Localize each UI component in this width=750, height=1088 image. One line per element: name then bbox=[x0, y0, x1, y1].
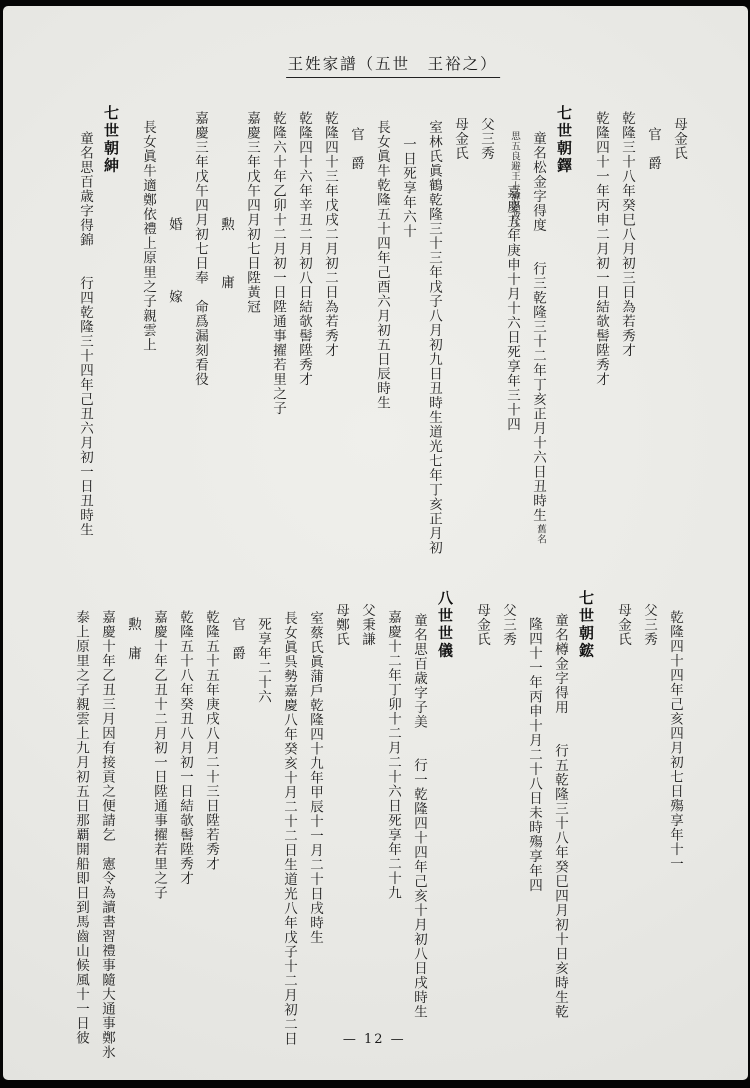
column-text: 乾隆四十三年戊戌二月初二日為若秀才 bbox=[322, 111, 338, 358]
genealogy-text-column: 死享年二十六 bbox=[255, 587, 270, 1027]
genealogy-text-column: 乾隆五十五年庚戌八月二十三日陞若秀才 bbox=[203, 587, 218, 1027]
genealogy-text-column: 嘉慶十二年丁卯十二月二十六日死享年二十九 bbox=[385, 587, 400, 1027]
genealogy-text-column: 父三秀 bbox=[478, 103, 493, 577]
column-text: 父秉謙 bbox=[359, 603, 375, 647]
column-text: 勲 庸 bbox=[218, 217, 234, 290]
genealogy-text-column: 嘉慶十年乙丑十二月初一日陞通事擢若里之子 bbox=[151, 587, 166, 1027]
column-text: 長女眞牛適鄭依禮上原里之子親雲上 bbox=[140, 120, 156, 352]
column-text: 母金氏 bbox=[452, 117, 468, 161]
column-text: 乾隆四十一年丙申二月初一日結欹髻陞秀才 bbox=[593, 111, 609, 387]
genealogy-text-column: 童名思百歳字子美 行一乾隆四十四年己亥十月初八日戌時生 bbox=[411, 587, 426, 1027]
genealogy-text-column: 乾隆五十八年癸丑八月初一日結欹髻陞秀才 bbox=[177, 587, 192, 1027]
genealogy-text-column: 長女眞牛適鄭依禮上原里之子親雲上 bbox=[140, 103, 155, 577]
genealogy-text-column: 乾隆四十六年辛丑二月初八日結欹髻陞秀才 bbox=[296, 103, 311, 577]
entry-header-column: 七世朝紳 bbox=[103, 103, 118, 577]
genealogy-text-column: 婚 嫁 bbox=[166, 103, 181, 577]
column-text: 長女眞牛乾隆五十四年己酉六月初五日辰時生 bbox=[374, 120, 390, 410]
genealogy-text-column: 乾隆四十三年戊戌二月初二日為若秀才 bbox=[322, 103, 337, 577]
genealogy-text-column: 官 爵 bbox=[645, 103, 660, 577]
column-text: 乾隆四十六年辛丑二月初八日結欹髻陞秀才 bbox=[296, 111, 312, 387]
column-text: 童名思百歳字得錦 行四乾隆三十四年己丑六月初一日丑時生 bbox=[77, 131, 93, 537]
genealogy-text-column: 泰上原里之子親雲上九月初五日那覇開船即日到馬齒山候風十一日彼 bbox=[73, 587, 88, 1027]
column-text: 父三秀 bbox=[500, 603, 516, 647]
scanned-genealogy-page: 王姓家譜（五世 王裕之） 母金氏官 爵乾隆三十八年癸巳八月初三日為若秀才乾隆四十… bbox=[3, 6, 748, 1080]
genealogy-text-column: 嘉慶三年戊午四月初七日奉 命爲漏刻看役 bbox=[192, 103, 207, 577]
genealogy-text-column: 父三秀 bbox=[500, 587, 515, 1027]
genealogy-text-column: 乾隆三十八年癸巳八月初三日為若秀才 bbox=[619, 103, 634, 577]
column-text: 官 爵 bbox=[645, 127, 661, 171]
genealogy-text-column: 室林氏眞鶴乾隆三十三年戊子八月初九日丑時生道光七年丁亥正月初 bbox=[426, 103, 441, 577]
genealogy-text-column: 父三秀 bbox=[641, 587, 656, 1027]
column-text: 一日死享年六十 bbox=[400, 137, 416, 239]
genealogy-text-column: 室蔡氏眞蒲戶乾隆四十九年甲辰十一月二十日戌時生 bbox=[307, 587, 322, 1027]
column-text: 隆四十一年丙申十月二十八日未時殤享年四 bbox=[526, 617, 542, 893]
genealogy-band-upper: 母金氏官 爵乾隆三十八年癸巳八月初三日為若秀才乾隆四十一年丙申二月初一日結欹髻陞… bbox=[29, 103, 686, 577]
genealogy-text-column: 長女眞呉勢嘉慶八年癸亥十月二十二日生道光八年戊子十二月初二日 bbox=[281, 587, 296, 1027]
entry-header-column: 七世朝鐸 bbox=[556, 103, 571, 577]
column-text: 童名松金字得度 行三乾隆三十二年丁亥正月十六日丑時生 bbox=[530, 131, 546, 523]
column-text: 童名樽金字得用 行五乾隆三十八年癸巳四月初十日亥時生乾 bbox=[552, 613, 568, 1019]
page-title: 王姓家譜（五世 王裕之） bbox=[286, 52, 500, 78]
column-text: 乾隆三十八年癸巳八月初三日為若秀才 bbox=[619, 111, 635, 358]
column-text: 母金氏 bbox=[474, 603, 490, 647]
column-text: 婚 嫁 bbox=[166, 217, 182, 304]
genealogy-text-column: 乾隆六十年乙卯十二月初一日陞通事擢若里之子 bbox=[270, 103, 285, 577]
column-text: 八世世儀 bbox=[436, 590, 454, 660]
column-text: 乾隆五十八年癸丑八月初一日結欹髻陞秀才 bbox=[177, 610, 193, 886]
genealogy-text-column: 嘉慶十年乙丑三月因有接貢之便請乞 憲令為讀書習禮事隨大通事鄭氷 bbox=[99, 587, 114, 1027]
column-text: 七世朝紳 bbox=[102, 105, 120, 175]
genealogy-text-column: 乾隆四十四年己亥四月初七日殤享年十一 bbox=[667, 587, 682, 1027]
column-text: 嘉慶三年戊午四月初七日陞黃冠 bbox=[244, 111, 260, 314]
genealogy-text-column: 長女眞牛乾隆五十四年己酉六月初五日辰時生 bbox=[374, 103, 389, 577]
genealogy-text-column: 母金氏 bbox=[474, 587, 489, 1027]
genealogy-text-column: 母金氏 bbox=[671, 103, 686, 577]
entry-header-column: 八世世儀 bbox=[437, 587, 452, 1027]
column-text: 乾隆四十四年己亥四月初七日殤享年十一 bbox=[667, 610, 683, 871]
column-text: 嘉慶十二年丁卯十二月二十六日死享年二十九 bbox=[385, 610, 401, 900]
genealogy-text-column: 官 爵 bbox=[229, 587, 244, 1027]
genealogy-text-column: 思五良避王上諱名改之嘉慶五年庚申十月十六日死享年三十四 bbox=[504, 103, 519, 577]
column-text: 官 爵 bbox=[348, 127, 364, 171]
entry-header-column: 七世朝鋐 bbox=[578, 587, 593, 1027]
page-number: — 12 — bbox=[343, 1032, 406, 1047]
column-text: 乾隆五十五年庚戌八月二十三日陞若秀才 bbox=[203, 610, 219, 871]
column-text: 母鄭氏 bbox=[333, 603, 349, 647]
column-text: 七世朝鐸 bbox=[555, 105, 573, 175]
genealogy-text-column: 童名松金字得度 行三乾隆三十二年丁亥正月十六日丑時生舊名 bbox=[530, 103, 545, 577]
genealogy-text-column: 勲 庸 bbox=[218, 103, 233, 577]
column-text: 泰上原里之子親雲上九月初五日那覇開船即日到馬齒山候風十一日彼 bbox=[73, 610, 89, 1045]
column-text: 室蔡氏眞蒲戶乾隆四十九年甲辰十一月二十日戌時生 bbox=[307, 611, 323, 945]
column-text: 勲 庸 bbox=[125, 617, 141, 661]
column-text: 父三秀 bbox=[478, 117, 494, 161]
column-text: 七世朝鋐 bbox=[577, 590, 595, 660]
genealogy-text-column: 父秉謙 bbox=[359, 587, 374, 1027]
column-text: 母金氏 bbox=[615, 603, 631, 647]
warichu-note: 思五良避王上諱名改之 bbox=[509, 131, 519, 185]
column-text: 嘉慶十年乙丑十二月初一日陞通事擢若里之子 bbox=[151, 610, 167, 900]
genealogy-text-column: 勲 庸 bbox=[125, 587, 140, 1027]
genealogy-text-column: 童名思百歳字得錦 行四乾隆三十四年己丑六月初一日丑時生 bbox=[77, 103, 92, 577]
column-text: 長女眞呉勢嘉慶八年癸亥十月二十二日生道光八年戊子十二月初二日 bbox=[281, 611, 297, 1046]
column-text: 母金氏 bbox=[671, 117, 687, 161]
column-text: 嘉慶五年庚申十月十六日死享年三十四 bbox=[504, 185, 520, 432]
genealogy-text-column: 母金氏 bbox=[615, 587, 630, 1027]
column-text: 室林氏眞鶴乾隆三十三年戊子八月初九日丑時生道光七年丁亥正月初 bbox=[426, 120, 442, 555]
genealogy-text-column: 童名樽金字得用 行五乾隆三十八年癸巳四月初十日亥時生乾 bbox=[552, 587, 567, 1027]
genealogy-text-column: 母金氏 bbox=[452, 103, 467, 577]
column-text: 嘉慶三年戊午四月初七日奉 命爲漏刻看役 bbox=[192, 111, 208, 387]
column-text: 嘉慶十年乙丑三月因有接貢之便請乞 憲令為讀書習禮事隨大通事鄭氷 bbox=[99, 610, 115, 1060]
genealogy-text-column: 隆四十一年丙申十月二十八日未時殤享年四 bbox=[526, 587, 541, 1027]
column-text: 死享年二十六 bbox=[255, 617, 271, 704]
column-text: 童名思百歳字子美 行一乾隆四十四年己亥十月初八日戌時生 bbox=[411, 613, 427, 1019]
genealogy-text-column: 官 爵 bbox=[348, 103, 363, 577]
genealogy-text-column: 嘉慶三年戊午四月初七日陞黃冠 bbox=[244, 103, 259, 577]
genealogy-text-column: 一日死享年六十 bbox=[400, 103, 415, 577]
column-text: 父三秀 bbox=[641, 603, 657, 647]
genealogy-text-column: 母鄭氏 bbox=[333, 587, 348, 1027]
genealogy-band-lower: 乾隆四十四年己亥四月初七日殤享年十一父三秀母金氏七世朝鋐童名樽金字得用 行五乾隆… bbox=[25, 587, 682, 1027]
genealogy-text-column: 乾隆四十一年丙申二月初一日結欹髻陞秀才 bbox=[593, 103, 608, 577]
warichu-note: 舊名 bbox=[535, 524, 545, 535]
column-text: 乾隆六十年乙卯十二月初一日陞通事擢若里之子 bbox=[270, 111, 286, 416]
column-text: 官 爵 bbox=[229, 617, 245, 661]
